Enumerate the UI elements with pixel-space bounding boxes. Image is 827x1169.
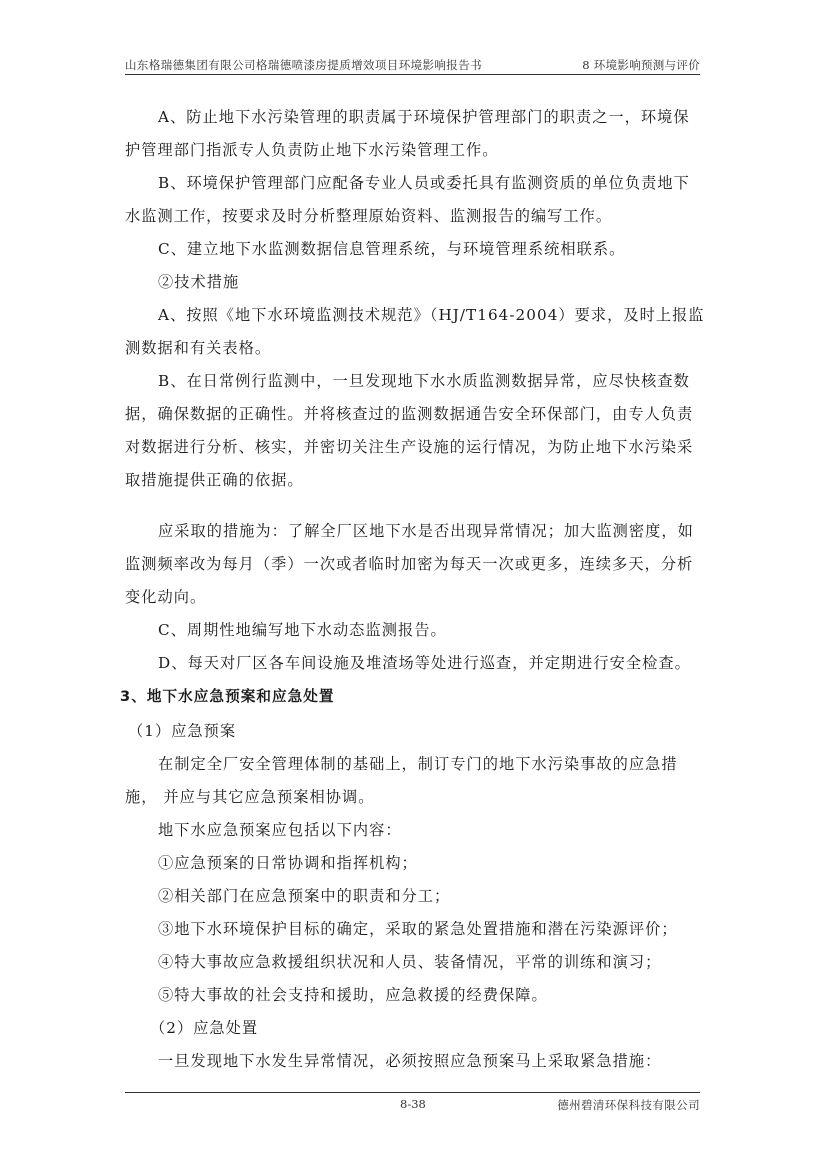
list-item: ②相关部门在应急预案中的职责和分工； — [158, 885, 450, 906]
header-chapter-title: 8 环境影响预测与评价 — [582, 57, 700, 73]
paragraph-line: 护管理部门指派专人负责防止地下水污染管理工作。 — [125, 139, 498, 160]
list-item: ④特大事故应急救援组织状况和人员、装备情况，平常的训练和演习； — [158, 951, 661, 972]
list-item: ③地下水环境保护目标的确定，采取的紧急处置措施和潜在污染源评价； — [158, 918, 678, 939]
page-header: 山东格瑞德集团有限公司格瑞德喷漆房提质增效项目环境影响报告书 8 环境影响预测与… — [125, 56, 700, 75]
paragraph-line: B、在日常例行监测中，一旦发现地下水水质监测数据异常，应尽快核查数 — [158, 370, 690, 391]
paragraph-line: 测数据和有关表格。 — [125, 337, 271, 358]
footer-company: 德州碧清环保科技有限公司 — [557, 1097, 700, 1113]
list-item: ①应急预案的日常协调和指挥机构； — [158, 852, 418, 873]
document-page: 山东格瑞德集团有限公司格瑞德喷漆房提质增效项目环境影响报告书 8 环境影响预测与… — [0, 0, 827, 1169]
page-footer: 8-38 德州碧清环保科技有限公司 — [125, 1092, 700, 1093]
subheading-technical-measures: ②技术措施 — [158, 271, 239, 292]
paragraph-line: 一旦发现地下水发生异常情况，必须按照应急预案马上采取紧急措施： — [158, 1050, 661, 1071]
paragraph-line: 监测频率改为每月（季）一次或者临时加密为每天一次或更多，连续多天，分析 — [125, 553, 693, 574]
paragraph-line: A、按照《地下水环境监测技术规范》（HJ/T164-2004）要求，及时上报监 — [158, 304, 705, 325]
paragraph-line: A、防止地下水污染管理的职责属于环境保护管理部门的职责之一，环境保 — [158, 106, 690, 127]
page-number: 8-38 — [400, 1097, 426, 1111]
paragraph-line: 应采取的措施为：了解全厂区地下水是否出现异常情况；加大监测密度，如 — [158, 520, 694, 541]
paragraph-line: C、建立地下水监测数据信息管理系统，与环境管理系统相联系。 — [158, 238, 625, 259]
subheading-emergency-response: （2）应急处置 — [150, 1017, 258, 1038]
paragraph-line: 在制定全厂安全管理体制的基础上，制订专门的地下水污染事故的应急措 — [158, 753, 678, 774]
paragraph-line: 水监测工作，按要求及时分析整理原始资料、监测报告的编写工作。 — [125, 205, 612, 226]
paragraph-line: D、每天对厂区各车间设施及堆渣场等处进行巡查，并定期进行安全检查。 — [158, 652, 691, 673]
header-report-title: 山东格瑞德集团有限公司格瑞德喷漆房提质增效项目环境影响报告书 — [125, 57, 482, 73]
paragraph-line: 地下水应急预案应包括以下内容： — [158, 819, 402, 840]
section-heading: 3、地下水应急预案和应急处置 — [120, 685, 335, 706]
subheading-emergency-plan: （1）应急预案 — [128, 720, 236, 741]
paragraph-line: 据，确保数据的正确性。并将核查过的监测数据通告安全环保部门，由专人负责 — [125, 403, 693, 424]
paragraph-line: 变化动向。 — [125, 586, 206, 607]
paragraph-line: 对数据进行分析、核实，并密切关注生产设施的运行情况，为防止地下水污染采 — [125, 436, 693, 457]
paragraph-line: B、环境保护管理部门应配备专业人员或委托具有监测资质的单位负责地下 — [158, 172, 690, 193]
paragraph-line: C、周期性地编写地下水动态监测报告。 — [158, 619, 447, 640]
paragraph-line: 取措施提供正确的依据。 — [125, 469, 304, 490]
paragraph-line: 施， 并应与其它应急预案相协调。 — [125, 786, 374, 807]
list-item: ⑤特大事故的社会支持和援助，应急救援的经费保障。 — [158, 984, 548, 1005]
